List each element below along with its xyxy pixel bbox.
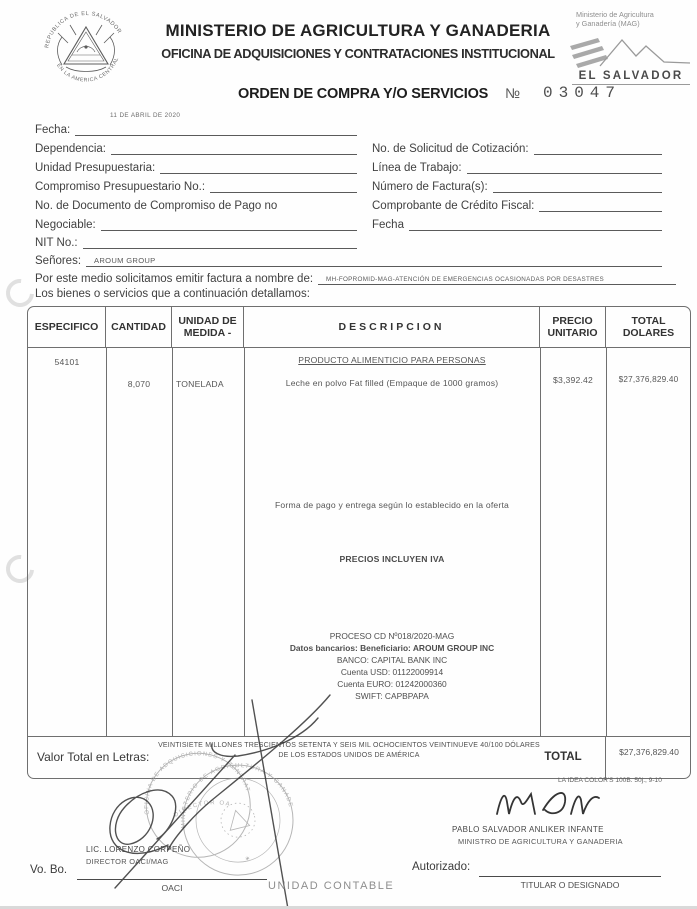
field-label: No. de Documento de Compromiso de Pago n… xyxy=(35,200,277,212)
field-label: Señores: xyxy=(35,255,81,267)
cell-total: $27,376,829.40 xyxy=(606,375,691,384)
field-label: Unidad Presupuestaria: xyxy=(35,162,155,174)
field-numero-factura: Número de Factura(s): xyxy=(372,178,662,193)
field-blank-line xyxy=(534,141,662,155)
field-label: NIT No.: xyxy=(35,237,78,249)
order-number-symbol: № xyxy=(505,85,520,101)
field-solicitud-cotizacion: No. de Solicitud de Cotización: xyxy=(372,140,662,155)
field-label: Número de Factura(s): xyxy=(372,181,488,193)
column-header-total-dolares: TOTAL DOLARES xyxy=(606,307,691,347)
order-number: 03047 xyxy=(543,84,621,102)
field-label: No. de Solicitud de Cotización: xyxy=(372,143,529,155)
field-blank-line xyxy=(539,198,662,212)
el-salvador-coat-of-arms-seal: REPUBLICA DE EL SALVADOR EN LA AMERICA C… xyxy=(38,3,134,99)
field-label: Negociable: xyxy=(35,219,96,231)
field-blank-line xyxy=(75,122,357,136)
left-signature xyxy=(60,640,380,909)
field-filled-line: AROUM GROUP xyxy=(86,253,662,267)
field-label: Compromiso Presupuestario No.: xyxy=(35,181,205,193)
column-header-cantidad: CANTIDAD xyxy=(106,307,172,347)
cell-unidad: TONELADA xyxy=(176,379,224,389)
vobo-caption-oaci: OACI xyxy=(77,883,267,893)
field-nit: NIT No.: xyxy=(35,234,357,249)
field-documento-compromiso: No. de Documento de Compromiso de Pago n… xyxy=(35,197,357,212)
field-linea-trabajo: Línea de Trabajo: xyxy=(372,159,662,174)
field-blank-line xyxy=(210,179,357,193)
unidad-contable-caption: UNIDAD CONTABLE xyxy=(268,880,394,892)
cell-desc-title: PRODUCTO ALIMENTICIO PARA PERSONAS xyxy=(244,355,540,365)
field-label: Dependencia: xyxy=(35,143,106,155)
cell-especifico: 54101 xyxy=(28,357,106,367)
factura-value: MH-FOPROMID-MAG-ATENCIÓN DE EMERGENCIAS … xyxy=(326,276,604,283)
svg-text:EN LA AMERICA CENTRAL: EN LA AMERICA CENTRAL xyxy=(55,56,120,83)
autorizado-caption: TITULAR O DESIGNADO xyxy=(479,880,661,890)
field-factura-a-nombre-de: Por este medio solicitamos emitir factur… xyxy=(35,270,676,285)
field-blank-line xyxy=(83,235,357,249)
field-label: Comprobante de Crédito Fiscal: xyxy=(372,200,534,212)
field-blank-line xyxy=(111,141,357,155)
senores-value: AROUM GROUP xyxy=(94,256,156,265)
mountain-outline-icon xyxy=(600,40,690,66)
cell-cantidad: 8,070 xyxy=(106,379,172,389)
field-blank-line xyxy=(467,160,662,174)
cell-desc-detail: Leche en polvo Fat filled (Empaque de 10… xyxy=(244,378,540,388)
vobo-signature-line xyxy=(77,879,267,880)
field-dependencia: Dependencia: xyxy=(35,140,357,155)
seal-emblem-triangle xyxy=(58,25,115,72)
column-header-especifico: ESPECIFICO xyxy=(28,307,106,347)
autorizado-signature-line xyxy=(479,876,661,877)
el-salvador-mountains-logo xyxy=(566,30,692,72)
vobo-label: Vo. Bo. xyxy=(30,864,67,876)
field-negociable: Negociable: xyxy=(35,216,357,231)
payment-terms-note: Forma de pago y entrega según lo estable… xyxy=(244,500,540,510)
field-label: Fecha xyxy=(372,219,404,231)
right-signature xyxy=(485,782,605,822)
print-shop-reference: LA IDEA COLOR'S 100B. 50j., 9-10 xyxy=(558,777,662,784)
left-signer-title: DIRECTOR OACI/MAG xyxy=(86,857,169,866)
mag-logo-caption: Ministerio de Agricultura y Ganadería (M… xyxy=(576,10,654,28)
office-subtitle: OFICINA DE ADQUISICIONES Y CONTRATACIONE… xyxy=(158,46,558,61)
detail-intro-text: Los bienes o servicios que a continuació… xyxy=(35,288,310,300)
right-signer-name: PABLO SALVADOR ANLIKER INFANTE xyxy=(452,825,604,834)
column-header-descripcion: DESCRIPCION xyxy=(244,307,540,347)
mag-caption-line2: y Ganadería (MAG) xyxy=(576,19,654,28)
el-salvador-brand-text: EL SALVADOR xyxy=(572,70,690,85)
column-header-precio-unitario: PRECIO UNITARIO xyxy=(540,307,606,347)
field-credito-fiscal: Comprobante de Crédito Fiscal: xyxy=(372,197,662,212)
field-fecha: Fecha: xyxy=(35,121,357,136)
field-blank-line xyxy=(101,217,357,231)
purchase-order-document: REPUBLICA DE EL SALVADOR EN LA AMERICA C… xyxy=(0,0,697,909)
field-fecha-right: Fecha xyxy=(372,216,662,231)
total-label: TOTAL xyxy=(524,751,602,763)
seal-top-text: REPUBLICA DE EL SALVADOR xyxy=(44,11,122,49)
field-label: Por este medio solicitamos emitir factur… xyxy=(35,273,313,285)
field-filled-line: MH-FOPROMID-MAG-ATENCIÓN DE EMERGENCIAS … xyxy=(318,271,676,285)
field-label: Línea de Trabajo: xyxy=(372,162,462,174)
field-blank-line xyxy=(493,179,662,193)
field-label: Fecha: xyxy=(35,124,70,136)
mag-caption-line1: Ministerio de Agricultura xyxy=(576,10,654,19)
field-unidad-presupuestaria: Unidad Presupuestaria: xyxy=(35,159,357,174)
ministry-title: MINISTERIO DE AGRICULTURA Y GANADERIA xyxy=(158,21,558,41)
column-header-unidad-medida: UNIDAD DE MEDIDA - xyxy=(172,307,244,347)
iva-note: PRECIOS INCLUYEN IVA xyxy=(244,554,540,564)
cell-precio-unitario: $3,392.42 xyxy=(540,375,606,385)
field-senores: Señores: AROUM GROUP xyxy=(35,252,662,267)
autorizado-label: Autorizado: xyxy=(412,861,470,873)
field-blank-line xyxy=(160,160,357,174)
field-compromiso-presupuestario: Compromiso Presupuestario No.: xyxy=(35,178,357,193)
seal-bottom-text: EN LA AMERICA CENTRAL xyxy=(55,56,120,83)
field-blank-line xyxy=(409,217,662,231)
typed-date: 11 DE ABRIL DE 2020 xyxy=(110,112,180,119)
left-signer-name: LIC. LORENZO CORPEÑO xyxy=(86,845,190,854)
grand-total-value: $27,376,829.40 xyxy=(607,747,691,757)
table-header-row: ESPECIFICO CANTIDAD UNIDAD DE MEDIDA - D… xyxy=(28,307,690,348)
right-signer-title: MINISTRO DE AGRICULTURA Y GANADERIA xyxy=(458,837,623,846)
svg-text:REPUBLICA DE EL SALVADOR: REPUBLICA DE EL SALVADOR xyxy=(44,11,122,49)
order-title: ORDEN DE COMPRA Y/O SERVICIOS xyxy=(238,86,488,102)
